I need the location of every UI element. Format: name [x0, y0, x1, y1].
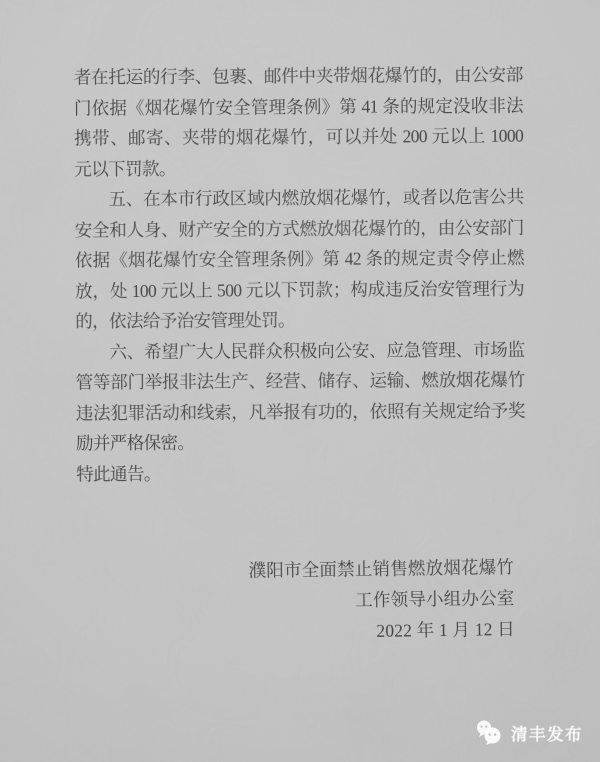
signature-org-line-2: 工作领导小组办公室 — [248, 583, 514, 618]
notice-line: 门依据《烟花爆竹安全管理条例》第 41 条的规定没收非法 — [74, 90, 523, 123]
closing-line: 特此通告。 — [76, 456, 525, 489]
notice-paragraph-item-6: 六、希望广大人民群众积极向公安、应急管理、市场监 管等部门举报非法生产、经营、储… — [75, 334, 525, 459]
notice-paragraph-item-5: 五、在本市行政区域内燃放烟花爆竹，或者以危害公共 安全和人身、财产安全的方式燃放… — [74, 182, 524, 337]
notice-line: 放，处 100 元以上 500 元以下罚款；构成违反治安管理行为 — [75, 273, 524, 306]
wechat-chat-bubbles-icon — [475, 719, 504, 747]
notice-line: 元以下罚款。 — [74, 151, 523, 184]
document-photo: 者在托运的行李、包裹、邮件中夹带烟花爆竹的，由公安部 门依据《烟花爆竹安全管理条… — [0, 0, 600, 762]
notice-line: 五、在本市行政区域内燃放烟花爆竹，或者以危害公共 — [74, 182, 523, 215]
notice-line: 携带、邮寄、夹带的烟花爆竹，可以并处 200 元以上 1000 — [74, 121, 523, 154]
watermark: 清丰发布 — [475, 719, 583, 747]
notice-line: 依据《烟花爆竹安全管理条例》第 42 条的规定责令停止燃 — [75, 243, 524, 276]
signature-date: 2022 年 1 月 12 日 — [249, 614, 515, 649]
notice-body: 者在托运的行李、包裹、邮件中夹带烟花爆竹的，由公安部 门依据《烟花爆竹安全管理条… — [74, 60, 526, 490]
notice-line: 六、希望广大人民群众积极向公安、应急管理、市场监 — [75, 334, 524, 367]
notice-line: 管等部门举报非法生产、经营、储存、运输、燃放烟花爆竹 — [76, 365, 525, 398]
notice-line: 的，依法给予治安管理处罚。 — [75, 304, 524, 337]
signature-block: 濮阳市全面禁止销售燃放烟花爆竹 工作领导小组办公室 2022 年 1 月 12 … — [248, 552, 515, 649]
signature-org-line-1: 濮阳市全面禁止销售燃放烟花爆竹 — [248, 552, 514, 587]
watermark-label: 清丰发布 — [511, 721, 583, 745]
notice-line: 违法犯罪活动和线索，凡举报有功的，依照有关规定给予奖 — [76, 395, 525, 428]
notice-line: 励并严格保密。 — [76, 426, 525, 459]
notice-line: 安全和人身、财产安全的方式燃放烟花爆竹的，由公安部门 — [75, 212, 524, 245]
notice-paragraph-continuation: 者在托运的行李、包裹、邮件中夹带烟花爆竹的，由公安部 门依据《烟花爆竹安全管理条… — [74, 60, 524, 185]
notice-line: 者在托运的行李、包裹、邮件中夹带烟花爆竹的，由公安部 — [74, 60, 523, 93]
